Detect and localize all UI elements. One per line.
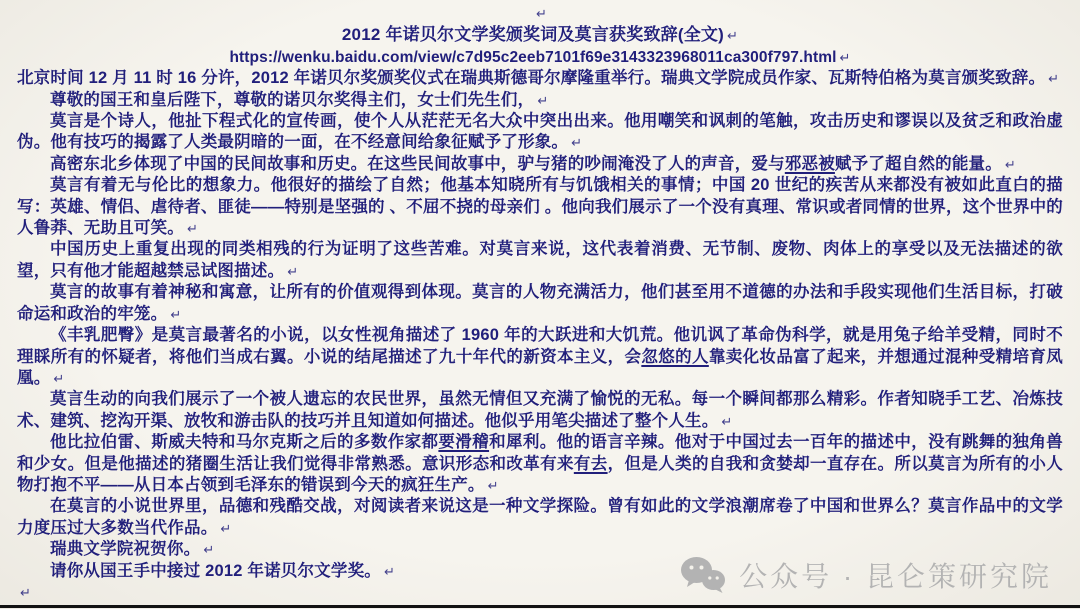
paragraph: 中国历史上重复出现的同类相残的行为证明了这些苦难。对莫言来说，这代表着消费、无节… [17, 239, 1063, 282]
watermark-label: 公众号 · 昆仑策研究院 [739, 555, 1052, 595]
underlined-text: 忽悠的人 [641, 348, 709, 366]
underlined-text: 邪恶被 [785, 155, 835, 173]
wechat-icon [680, 556, 726, 594]
underlined-text: 要滑稽 [438, 433, 489, 451]
paragraph-return-mark-icon: ↵ [1045, 71, 1059, 86]
paragraph-return-mark-icon: ↵ [17, 585, 31, 600]
text-segment: 莫言是个诗人，他扯下程式化的宣传画，使个人从茫茫无名大众中突出出来。他用嘲笑和讽… [17, 112, 1063, 151]
paragraph-return-mark-icon: ↵ [534, 93, 548, 108]
paragraph: 莫言是个诗人，他扯下程式化的宣传画，使个人从茫茫无名大众中突出出来。他用嘲笑和讽… [17, 111, 1063, 154]
text-segment: 莫言有着无与伦比的想象力。他很好的描绘了自然；他基本知晓所有与饥饿相关的事情；中… [17, 176, 1063, 237]
paragraph-return-mark-icon: ↵ [1002, 157, 1016, 172]
paragraph: 在莫言的小说世界里，品德和残酷交战，对阅读者来说这是一种文学探险。曾有如此的文学… [17, 496, 1063, 539]
paragraph-return-mark-icon: ↵ [724, 28, 738, 43]
text-segment: 尊敬的国王和皇后陛下，尊敬的诺贝尔奖得主们，女士们先生们， [50, 91, 534, 109]
watermark: 公众号 · 昆仑策研究院 [680, 555, 1052, 595]
text-segment: 赋予了超自然的能量。 [835, 155, 1002, 173]
source-url: https://wenku.baidu.com/view/c7d95c2eeb7… [17, 47, 1063, 68]
text-segment: 瑞典文学院祝贺你。 [50, 540, 200, 558]
text-segment: 在莫言的小说世界里，品德和残酷交战，对阅读者来说这是一种文学探险。曾有如此的文学… [17, 497, 1063, 536]
paragraph-return-mark-icon: ↵ [718, 414, 732, 429]
paragraph: 莫言生动的向我们展示了一个被人遗忘的农民世界，虽然无情但又充满了愉悦的无私。每一… [17, 389, 1063, 432]
paragraph: 《丰乳肥臀》是莫言最著名的小说，以女性视角描述了 1960 年的大跃进和大饥荒。… [17, 325, 1063, 389]
bottom-rule [0, 605, 1080, 608]
text-segment: 他比拉伯雷、斯威夫特和马尔克斯之后的多数作家都 [50, 433, 438, 451]
paragraph-return-mark-icon: ↵ [568, 135, 582, 150]
paragraph: 尊敬的国王和皇后陛下，尊敬的诺贝尔奖得主们，女士们先生们，↵ [17, 90, 1063, 111]
paragraph-return-mark-icon: ↵ [284, 264, 298, 279]
paragraph-return-mark-icon: ↵ [184, 221, 198, 236]
text-segment: 高密东北乡体现了中国的民间故事和历史。在这些民间故事中，驴与猪的吵闹淹没了人的声… [50, 155, 785, 173]
paragraph-return-mark-icon: ↵ [485, 478, 499, 493]
text-segment: 中国历史上重复出现的同类相残的行为证明了这些苦难。对莫言来说，这代表着消费、无节… [17, 240, 1063, 279]
empty-line: ↵ [17, 3, 1063, 24]
text-segment: 请你从国王手中接过 2012 年诺贝尔文学奖。 [50, 562, 381, 580]
paragraph-return-mark-icon: ↵ [837, 50, 851, 65]
text-segment: https://wenku.baidu.com/view/c7d95c2eeb7… [229, 49, 836, 66]
paragraph: 莫言的故事有着神秘和寓意，让所有的价值观得到体现。莫言的人物充满活力，他们甚至用… [17, 282, 1063, 325]
underlined-text: 有去 [574, 455, 608, 473]
paragraph-return-mark-icon: ↵ [167, 307, 181, 322]
paragraph-return-mark-icon: ↵ [200, 542, 214, 557]
paragraph: 高密东北乡体现了中国的民间故事和历史。在这些民间故事中，驴与猪的吵闹淹没了人的声… [17, 154, 1063, 175]
text-segment: 2012 年诺贝尔文学奖颁奖词及莫言获奖致辞(全文) [342, 25, 724, 44]
paragraph-return-mark-icon: ↵ [50, 371, 64, 386]
paragraph: 莫言有着无与伦比的想象力。他很好的描绘了自然；他基本知晓所有与饥饿相关的事情；中… [17, 175, 1063, 239]
paragraph-return-mark-icon: ↵ [533, 6, 547, 21]
paragraph: 他比拉伯雷、斯威夫特和马尔克斯之后的多数作家都要滑稽和犀利。他的语言辛辣。他对于… [17, 432, 1063, 496]
text-segment: 莫言生动的向我们展示了一个被人遗忘的农民世界，虽然无情但又充满了愉悦的无私。每一… [17, 390, 1063, 429]
paragraph: 北京时间 12 月 11 时 16 分许，2012 年诺贝尔奖颁奖仪式在瑞典斯德… [17, 68, 1063, 89]
text-segment: 北京时间 12 月 11 时 16 分许，2012 年诺贝尔奖颁奖仪式在瑞典斯德… [17, 69, 1045, 87]
document-body: ↵2012 年诺贝尔文学奖颁奖词及莫言获奖致辞(全文)↵https://wenk… [0, 0, 1080, 603]
paragraph-return-mark-icon: ↵ [381, 564, 395, 579]
paragraph-return-mark-icon: ↵ [217, 521, 231, 536]
page-title: 2012 年诺贝尔文学奖颁奖词及莫言获奖致辞(全文)↵ [17, 24, 1063, 46]
